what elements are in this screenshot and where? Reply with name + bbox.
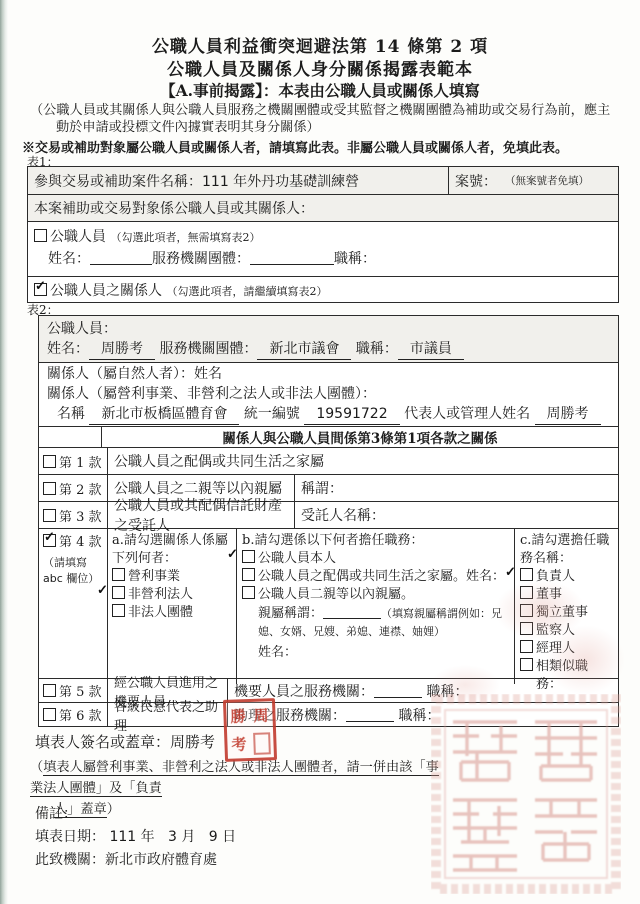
related-option-label: 公職人員之關係人	[50, 283, 162, 299]
related-option-line: 公職人員之關係人 （勾選此項者，請繼續填寫表2）	[28, 280, 333, 300]
case-name-value: 111 年外丹功基礎訓練營	[202, 174, 359, 190]
official-fields-line: 姓名：服務機關團體：職稱：	[34, 248, 376, 268]
colB-opt3-label: 公職人員二親等以內親屬。	[258, 587, 414, 602]
personal-name-seal: 勝 周 考	[223, 698, 277, 762]
clause6-blank	[346, 707, 394, 722]
title-value: 市議員	[398, 339, 464, 360]
scan-edge-artifact	[0, 0, 8, 904]
form-note-star: ※交易或補助對象屬公職人員或關係人者，請填寫此表。非屬公職人員或關係人者，免填此…	[22, 137, 622, 156]
clause4-row: 第 4 款 （請填寫 abc 欄位） a.請勾選關係人係屬下列何者： 營利事業 …	[39, 528, 618, 678]
clause1-row: 第 1 款 公職人員之配偶或共同生活之家屬	[39, 447, 618, 474]
clause4-check-cell: 第 4 款 （請填寫 abc 欄位）	[39, 529, 107, 678]
colA-opt2-checkbox	[112, 586, 125, 599]
colB-rel-label: 親屬稱謂：	[258, 606, 323, 621]
official-title-label: 職稱：	[334, 251, 376, 267]
clause2-extra: 稱謂：	[294, 475, 618, 501]
form-title-line2: 公職人員及關係人身分關係揭露表範本	[0, 55, 640, 80]
related-checkbox	[34, 283, 47, 296]
fill-date-line: 填表日期： 111 年 3 月 9 日	[35, 826, 236, 846]
clause4-colA: a.請勾選關係人係屬下列何者： 營利事業 非營利法人 非法人團體	[107, 529, 236, 684]
related-natural-line: 關係人（屬自然人者）：姓名	[47, 364, 222, 384]
clause2-checkbox	[43, 482, 56, 495]
entity-name-label: 名稱	[57, 406, 85, 422]
colC-title: c.請勾選擔任職務名稱：	[520, 532, 613, 568]
signer-name: 周勝考	[170, 733, 215, 751]
date-year: 111	[109, 829, 136, 845]
agency-label: 此致機關：	[35, 852, 105, 868]
clause5-no: 第 5 款	[59, 681, 102, 700]
name-value: 周勝考	[89, 339, 155, 360]
colB-name-label: 姓名：	[258, 644, 509, 662]
related-option-hint: （勾選此項者，請繼續填寫表2）	[166, 285, 327, 298]
related-party-section: 關係人（屬自然人者）：姓名 關係人（屬營利事業、非營利之法人或非法人團體）： 名…	[39, 362, 618, 426]
official-org-label: 服務機關團體：	[152, 251, 250, 267]
colA-opt3-checkbox	[112, 604, 125, 617]
case-no-cell: 案號： （無案號者免填）	[448, 167, 618, 194]
colC-opt2-label: 董事	[536, 587, 562, 602]
official-seal-graphic	[431, 694, 621, 894]
clause5-extra-label: 機要人員之服務機關：	[234, 681, 374, 701]
official-name-blank	[90, 250, 152, 265]
official-identity-line: 姓名：周勝考 服務機關團體：新北市議會 職稱：市議員	[47, 339, 464, 360]
entity-detail-line: 名稱 新北市板橋區體育會 統一編號 19591722 代表人或管理人姓名 周勝考	[47, 404, 601, 425]
colC-opt4-checkbox	[520, 622, 533, 635]
entity-rep-label: 代表人或管理人姓名	[404, 406, 530, 422]
clause4-checkbox	[43, 534, 56, 547]
remark-label: 備註：	[35, 803, 77, 823]
colB-rel-blank	[323, 604, 381, 619]
colB-opt1-checkbox	[242, 550, 255, 563]
signer-line: 填表人簽名或蓋章：周勝考	[35, 731, 215, 752]
official-org-blank	[250, 250, 334, 265]
colC-opt3-label: 獨立董事	[536, 605, 588, 620]
entity-name-value: 新北市板橋區體育會	[89, 404, 239, 425]
colC-opt5-checkbox	[520, 640, 533, 653]
clause1-desc: 公職人員之配偶或共同生活之家屬	[107, 448, 618, 474]
clause4-fillnote1: （請填寫	[43, 554, 87, 570]
official-option-line: 公職人員 （勾選此項者，無需填寫表2）	[34, 226, 260, 246]
case-name-label: 參與交易或補助案件名稱：	[34, 174, 202, 190]
colB-opt2-label: 公職人員之配偶或共同生活之家屬。姓名：	[258, 569, 505, 584]
entity-rep-value: 周勝考	[535, 404, 601, 425]
clause6-check-cell: 第 6 款	[39, 703, 107, 726]
official-option-label: 公職人員	[50, 229, 106, 245]
colB-opt3-checkbox	[242, 586, 255, 599]
clause6-desc: 各級民意代表之助理	[107, 703, 227, 726]
name-label: 姓名：	[47, 341, 89, 357]
form-note-line1: （公職人員或其關係人與公職人員服務之機關團體或受其監督之機關團體為補助或交易行為…	[30, 102, 616, 119]
clause3-check-cell: 第 3 款	[39, 504, 107, 527]
org-value: 新北市議會	[257, 339, 351, 360]
colC-opt1-checkbox	[520, 568, 533, 581]
colC-opt5-label: 經理人	[536, 641, 575, 656]
colA-opt1-label: 營利事業	[128, 569, 180, 584]
seal-char-sheng: 勝	[226, 702, 250, 731]
relationship-header: 關係人與公職人員間係第3條第1項各款之關係	[101, 427, 618, 447]
clause5-blank	[374, 683, 422, 698]
signer-label: 填表人簽名或蓋章：	[35, 733, 170, 751]
colB-title: b.請勾選係以下何者擔任職務：	[242, 532, 509, 550]
colA-opt1-checkbox	[112, 568, 125, 581]
case-no-label: 案號：	[455, 171, 497, 191]
table1-official-row: 公職人員 （勾選此項者，無需填寫表2） 姓名：服務機關團體：職稱：	[28, 221, 618, 276]
clause2-no: 第 2 款	[59, 479, 102, 498]
form-note-line2: 動於申請或投標文件內據實表明其身分關係）	[30, 119, 616, 136]
seal-decor-box	[253, 732, 271, 755]
relationship-header-row: 關係人與公職人員間係第3條第1項各款之關係	[39, 426, 618, 447]
entity-uid-label: 統一編號	[244, 406, 300, 422]
related-entity-line: 關係人（屬營利事業、非營利之法人或非法人團體）：	[47, 384, 376, 404]
form-title-line1: 公職人員利益衝突迴避法第 14 條第 2 項	[0, 32, 640, 57]
colB-opt1-label: 公職人員本人	[258, 551, 336, 566]
official-seal	[431, 694, 621, 894]
clause3-no: 第 3 款	[59, 506, 102, 525]
colA-opt3-label: 非法人團體	[128, 605, 193, 620]
signer-note-line1: 填表人屬營利事業、非營利之法人或非法人團體者，請一併由該「事業法人團體」及「負責	[30, 760, 439, 797]
org-label: 服務機關團體：	[159, 341, 257, 357]
colA-opt2-label: 非營利法人	[128, 587, 193, 602]
colC-opt6-checkbox	[520, 658, 533, 671]
clause3-row: 第 3 款 公職人員或其配偶信託財產之受託人 受託人名稱：	[39, 501, 618, 528]
table1-case-row: 參與交易或補助案件名稱：111 年外丹功基礎訓練營 案號： （無案號者免填）	[28, 167, 618, 194]
official-header: 公職人員：	[47, 319, 117, 339]
entity-uid-value: 19591722	[304, 404, 399, 425]
clause1-check-cell: 第 1 款	[39, 450, 107, 473]
form-note: （公職人員或其關係人與公職人員服務之機關團體或受其監督之機關團體為補助或交易行為…	[30, 102, 616, 136]
table1: 參與交易或補助案件名稱：111 年外丹功基礎訓練營 案號： （無案號者免填） 本…	[27, 166, 619, 303]
table1-related-row: 公職人員之關係人 （勾選此項者，請繼續填寫表2）	[28, 276, 618, 302]
clause4-no: 第 4 款	[59, 535, 102, 550]
scanned-form-page: 公職人員利益衝突迴避法第 14 條第 2 項 公職人員及關係人身分關係揭露表範本…	[0, 0, 640, 904]
clause5-checkbox	[43, 684, 56, 697]
date-day: 9	[209, 829, 218, 845]
clause4-fillnote2: abc 欄位）	[43, 570, 99, 586]
clause3-desc: 公職人員或其配偶信託財產之受託人	[107, 502, 294, 528]
case-name-cell: 參與交易或補助案件名稱：111 年外丹功基礎訓練營	[28, 171, 448, 191]
agency-value: 新北市政府體育處	[105, 852, 217, 868]
clause6-no: 第 6 款	[59, 705, 102, 724]
signer-note-close: ）	[107, 802, 120, 817]
official-name-label: 姓名：	[48, 251, 90, 267]
month-unit: 月	[181, 829, 195, 845]
relationship-header-spacer	[39, 427, 101, 447]
title-label: 職稱：	[356, 341, 398, 357]
colC-opt4-label: 監察人	[536, 623, 575, 638]
clause3-checkbox	[43, 509, 56, 522]
clause1-checkbox	[43, 455, 56, 468]
clause5-check-cell: 第 5 款	[39, 679, 107, 702]
clause2-check-cell: 第 2 款	[39, 477, 107, 500]
colC-opt2-checkbox	[520, 586, 533, 599]
year-unit: 年	[141, 829, 155, 845]
target-line: 本案補助或交易對象係公職人員或其關係人：	[28, 198, 320, 218]
clause4-colC: c.請勾選擔任職務名稱： 負責人 董事 獨立董事 監察人 經理人 相類似職務：	[514, 529, 618, 684]
seal-char-zhou: 周	[249, 701, 273, 730]
form-title-line3: 【A.事前揭露】：本表由公職人員或關係人填寫	[0, 79, 640, 101]
case-no-hint: （無案號者免填）	[505, 173, 589, 188]
clause3-extra: 受託人名稱：	[294, 502, 618, 528]
table2: 公職人員： 姓名：周勝考 服務機關團體：新北市議會 職稱：市議員 關係人（屬自然…	[38, 315, 619, 727]
colA-title: a.請勾選關係人係屬下列何者：	[112, 532, 232, 568]
day-unit: 日	[222, 829, 236, 845]
colB-relative-block: 親屬稱謂：（填寫親屬稱謂例如：兄媳、女婿、兄嫂、弟媳、連襟、妯娌） 姓名：	[242, 604, 509, 662]
seal-char-kao: 考	[227, 730, 251, 759]
signer-note: （填表人屬營利事業、非營利之法人或非法人團體者，請一併由該「事業法人團體」及「負…	[30, 757, 450, 820]
clause1-no: 第 1 款	[59, 452, 102, 471]
clause6-checkbox	[43, 708, 56, 721]
official-option-hint: （勾選此項者，無需填寫表2）	[110, 231, 260, 244]
date-label: 填表日期：	[35, 829, 105, 845]
clause4-colB: b.請勾選係以下何者擔任職務： 公職人員本人 公職人員之配偶或共同生活之家屬。姓…	[236, 529, 514, 684]
official-section: 公職人員： 姓名：周勝考 服務機關團體：新北市議會 職稱：市議員	[39, 316, 618, 362]
colC-opt1-label: 負責人	[536, 569, 575, 584]
signer-note-open: （	[30, 760, 43, 775]
table1-target-row: 本案補助或交易對象係公職人員或其關係人：	[28, 194, 618, 221]
colC-opt3-checkbox	[520, 604, 533, 617]
date-month: 3	[168, 829, 177, 845]
colB-opt2-checkbox	[242, 568, 255, 581]
official-checkbox	[34, 229, 47, 242]
agency-line: 此致機關：新北市政府體育處	[35, 849, 217, 869]
